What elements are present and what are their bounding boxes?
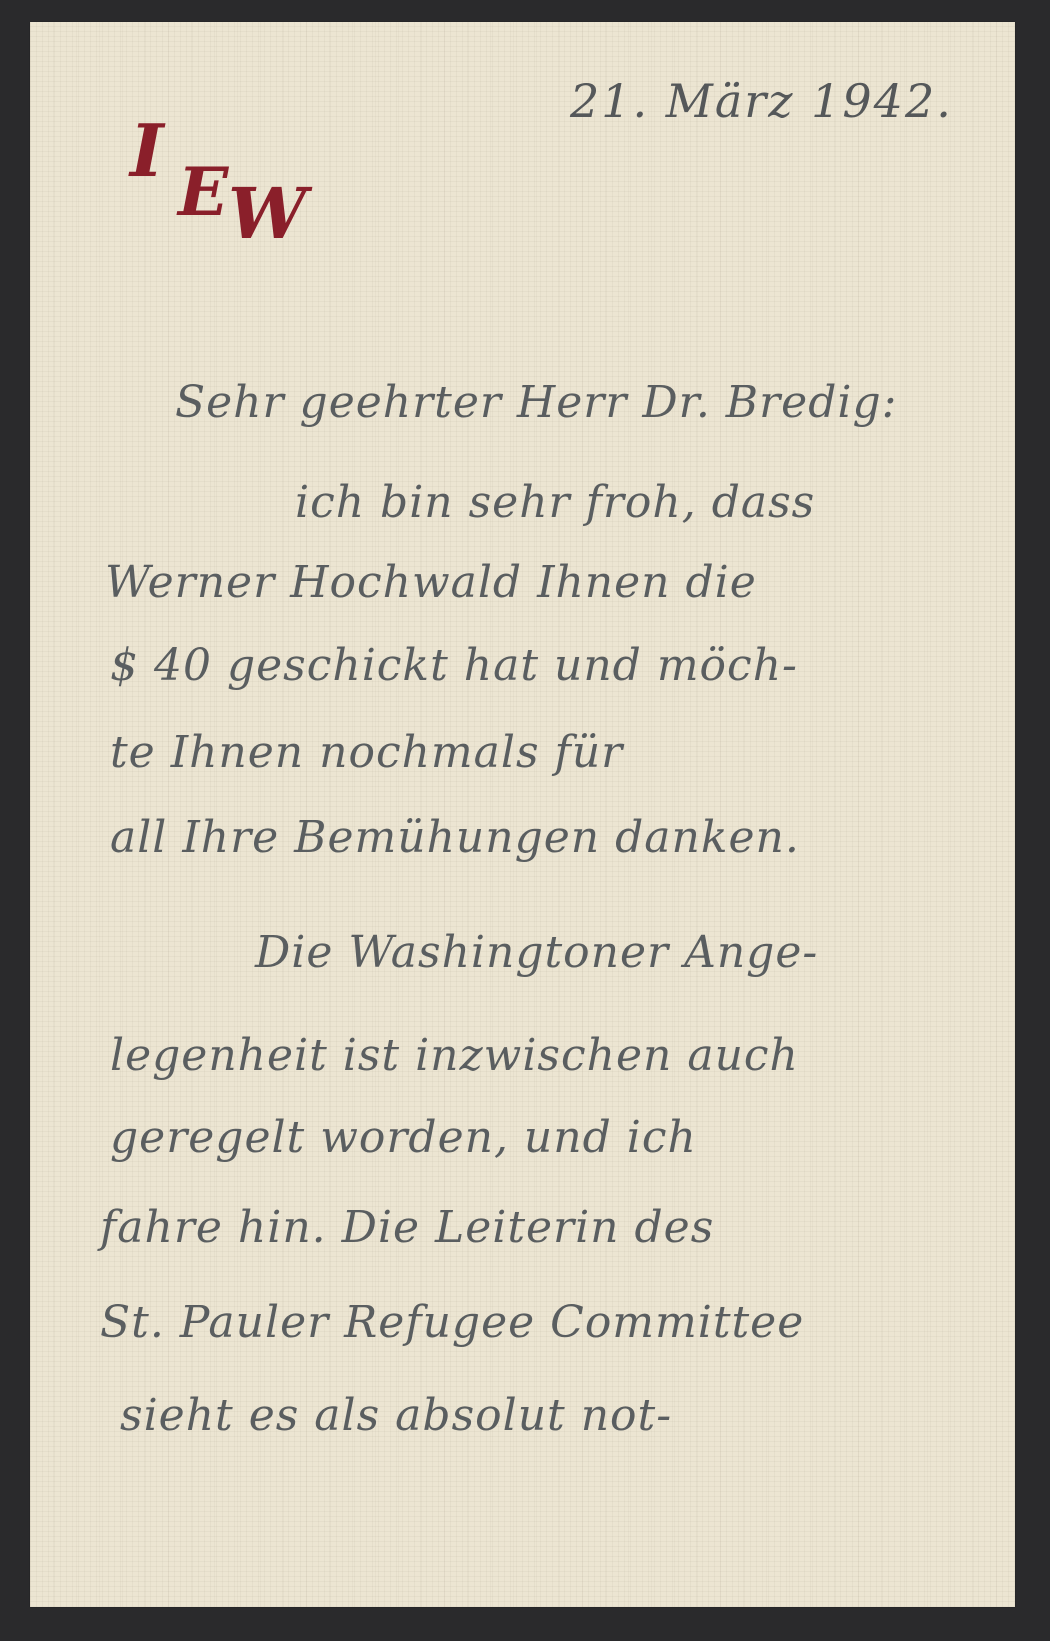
body-line-7: legenheit ist inzwischen auch xyxy=(110,1030,799,1081)
body-line-11: sieht es als absolut not- xyxy=(120,1390,672,1441)
salutation: Sehr geehrter Herr Dr. Bredig: xyxy=(175,377,897,428)
body-line-9: fahre hin. Die Leiterin des xyxy=(100,1202,714,1253)
monogram-letter-e: E xyxy=(178,159,228,225)
monogram-letter-w: W xyxy=(228,179,307,249)
monogram-logo: I E W xyxy=(100,97,300,272)
body-line-6: Die Washingtoner Ange- xyxy=(255,927,818,978)
body-line-8: geregelt worden, und ich xyxy=(110,1112,697,1163)
body-line-2: Werner Hochwald Ihnen die xyxy=(105,557,757,608)
body-line-10: St. Pauler Refugee Committee xyxy=(100,1297,804,1348)
monogram-letter-i: I xyxy=(130,115,164,187)
body-line-4: te Ihnen nochmals für xyxy=(110,727,623,778)
body-line-3: $ 40 geschickt hat und möch- xyxy=(110,640,798,691)
letter-date: 21. März 1942. xyxy=(570,74,953,128)
body-line-1: ich bin sehr froh, dass xyxy=(295,477,815,528)
letter-page: I E W 21. März 1942. Sehr geehrter Herr … xyxy=(30,22,1015,1607)
body-line-5: all Ihre Bemühungen danken. xyxy=(110,812,800,863)
